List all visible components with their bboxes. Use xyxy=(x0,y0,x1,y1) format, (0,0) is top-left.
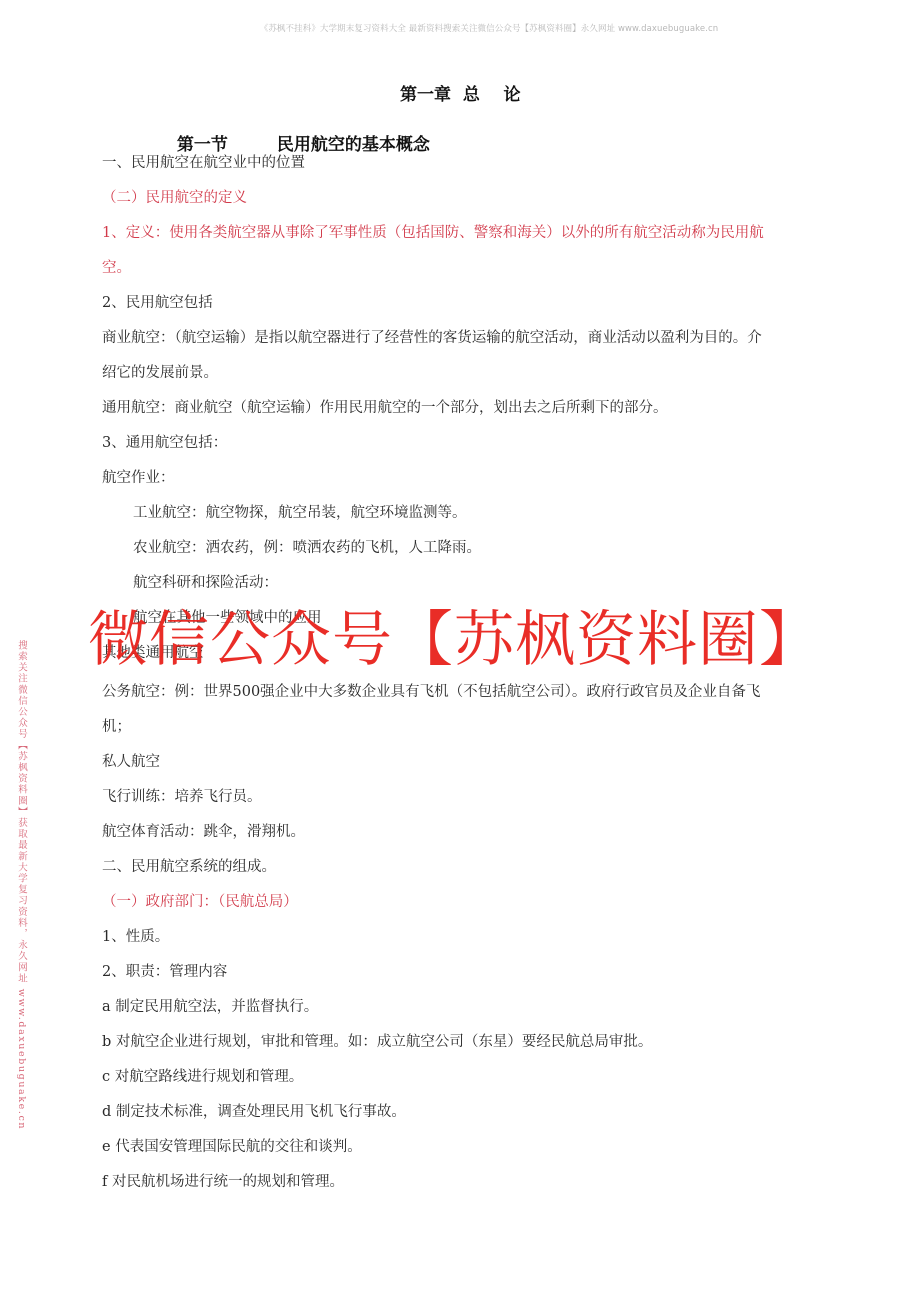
other-field-applications: 航空在其他一些领域中的应用 xyxy=(133,601,322,636)
private-aviation: 私人航空 xyxy=(102,745,160,780)
aviation-operations-label: 航空作业： xyxy=(102,461,175,496)
item-general-aviation-includes: 3、通用航空包括： xyxy=(102,426,227,461)
business-aviation-line-2: 机； xyxy=(102,710,131,745)
commercial-aviation-line-2: 绍它的发展前景。 xyxy=(102,356,218,391)
other-general-aviation: 其他类通用航空 xyxy=(102,636,204,671)
industrial-aviation: 工业航空：航空物探，航空吊装，航空环境监测等。 xyxy=(133,496,467,531)
general-aviation-definition: 通用航空：商业航空（航空运输）作用民用航空的一个部分，划出去之后所剩下的部分。 xyxy=(102,391,668,426)
duty-a: a 制定民用航空法，并监督执行。 xyxy=(102,990,318,1025)
heading-system-composition: 二、民用航空系统的组成。 xyxy=(102,850,276,885)
header-note: 《苏枫不挂科》大学期末复习资料大全 最新资料搜索关注微信公众号【苏枫资料圈】永久… xyxy=(0,22,918,34)
heading-position: 一、民用航空在航空业中的位置 xyxy=(102,146,305,181)
business-aviation-line-1: 公务航空：例：世界500强企业中大多数企业具有飞机（不包括航空公司）。政府行政官… xyxy=(102,675,760,710)
agricultural-aviation: 农业航空：洒农药，例：喷洒农药的飞机，人工降雨。 xyxy=(133,531,481,566)
research-exploration: 航空科研和探险活动： xyxy=(133,566,278,601)
duty-c: c 对航空路线进行规划和管理。 xyxy=(102,1060,303,1095)
duty-d: d 制定技术标准，调查处理民用飞机飞行事故。 xyxy=(102,1095,406,1130)
subheading-government: （一）政府部门：（民航总局） xyxy=(102,885,298,920)
item-nature: 1、性质。 xyxy=(102,920,169,955)
subheading-definition: （二）民用航空的定义 xyxy=(102,181,247,216)
aviation-sports: 航空体育活动：跳伞，滑翔机。 xyxy=(102,815,305,850)
item-civil-aviation-includes: 2、民用航空包括 xyxy=(102,286,213,321)
item-duties: 2、职责：管理内容 xyxy=(102,955,227,990)
commercial-aviation-line-1: 商业航空：（航空运输）是指以航空器进行了经营性的客货运输的航空活动，商业活动以盈… xyxy=(102,321,762,356)
duty-b: b 对航空企业进行规划，审批和管理。如：成立航空公司（东星）要经民航总局审批。 xyxy=(102,1025,652,1060)
flight-training: 飞行训练：培养飞行员。 xyxy=(102,780,262,815)
duty-e: e 代表国安管理国际民航的交往和谈判。 xyxy=(102,1130,362,1165)
side-watermark: 搜索关注微信公众号【苏枫资料圈】获取最新大学复习资料，永久网址 www.daxu… xyxy=(14,640,28,1130)
chapter-title: 第一章 总 论 xyxy=(400,80,521,105)
duty-f: f 对民航机场进行统一的规划和管理。 xyxy=(102,1165,344,1200)
definition-line-1: 1、定义：使用各类航空器从事除了军事性质（包括国防、警察和海关）以外的所有航空活… xyxy=(102,216,764,251)
definition-line-2: 空。 xyxy=(102,251,131,286)
